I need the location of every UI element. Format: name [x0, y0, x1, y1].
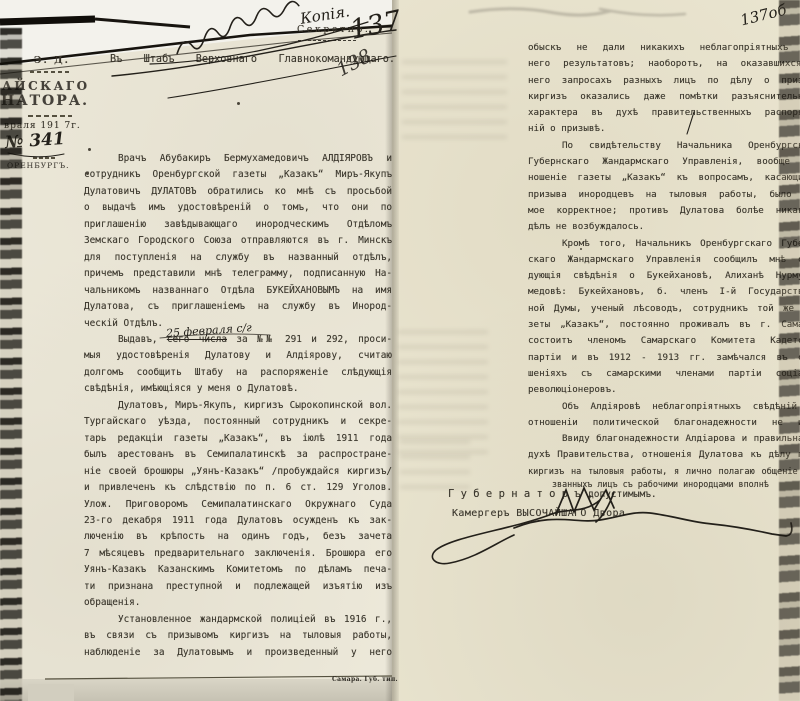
typed-line: былъ арестованъ въ Семипалатинскѣ за рас… [84, 447, 392, 463]
typed-line: Улож. Приговоромъ Семипалатинскаго Окруж… [84, 497, 392, 513]
typed-line: призыва инородцевъ на тыловыя работы, бы… [528, 187, 800, 203]
typed-line: ніе своей брошюры „Уянъ-Казакъ“ /пробужд… [84, 464, 392, 480]
typed-line: революціонеровъ. [528, 382, 800, 398]
right-page-text: обыскъ не дали никакихъ неблагопріятныхъ… [528, 40, 800, 480]
document-scan: Э. Д. АЙСКАГО НАТОРА. враля 191 7г. № 34… [0, 0, 800, 701]
typed-line: Установленное жандармской полиціей въ 19… [84, 612, 392, 628]
governor-title: Г у б е р н а т о р ъ , [448, 488, 593, 500]
typed-line: ти признана преступной и подлежащей изъя… [84, 579, 392, 595]
decision-word: допустимымъ. [588, 489, 657, 500]
typed-line: дующія свѣдѣнія о Букейхановѣ, Алиханѣ Н… [528, 268, 800, 284]
typed-line: Ввиду благонадежности Алдіарова и правил… [528, 431, 800, 447]
typed-line: обращенія. [84, 595, 392, 611]
typed-line: о выдачѣ имъ удостовѣреній о томъ, что о… [84, 200, 392, 216]
typed-line: дѣлъ не возбуждалось. [528, 219, 800, 235]
typed-line: Объ Алдіяровѣ неблагопріятныхъ свѣдѣній … [528, 399, 800, 415]
typed-line: Дулатовъ, Миръ-Якупъ, киргизъ Сырокопинс… [84, 398, 392, 414]
typed-line: киргизъ оказались даже помѣтки разъяснит… [528, 89, 800, 105]
left-page-text: Врачъ Абубакиръ Бермухамедовичъ АЛДІЯРОВ… [84, 151, 392, 661]
letterhead-org-1: АЙСКАГО [2, 79, 90, 93]
typed-line: наблюденіе за Дулатовымъ и произведенный… [84, 645, 392, 661]
typed-line: шеніяхъ съ самарскими членами партіи соц… [528, 366, 800, 382]
typed-line: характера въ духѣ правительственныхъ рас… [528, 105, 800, 121]
typed-line: партіи и въ 1912 - 1913 гг. замѣчался въ… [528, 350, 800, 366]
typed-line: Тургайскаго уѣзда, постоянный сотрудникъ… [84, 414, 392, 430]
typed-line: люченію въ крѣпость на одинъ годъ, безъ … [84, 529, 392, 545]
chamberlain-line: Камергеръ ВЫСОЧАЙШАГО Двора [452, 508, 625, 519]
typed-line: Уянъ-Казакъ Казанскимъ Комитетомъ по дѣл… [84, 562, 392, 578]
letterhead-ornament [33, 157, 57, 159]
typed-line: свѣдѣнія, имѣющіяся у меня о Дулатовѣ. [84, 381, 392, 397]
typed-line: скаго Жандармскаго Управленія сообщилъ м… [528, 252, 800, 268]
letterhead-ornament [30, 71, 70, 73]
typed-line: По свидѣтельству Начальника Оренбургскаг… [528, 138, 800, 154]
typed-line: Врачъ Абубакиръ Бермухамедовичъ АЛДІЯРОВ… [84, 151, 392, 167]
printer-mark: Самара. Губ. тип. [332, 676, 398, 683]
typed-line: отношеніи политической благонадежности н… [528, 415, 800, 431]
letterhead-city: ОРЕНБУРГЪ. [7, 161, 70, 170]
typed-line: тарь редакціи газеты „Казакъ“, въ іюлѣ 1… [84, 431, 392, 447]
typed-line: мыя удостовѣренія Дулатову и Алдіярову, … [84, 348, 392, 364]
typed-line: зеты „Казакъ“, постоянно проживалъ въ г.… [528, 317, 800, 333]
letterhead-ornament [28, 115, 72, 117]
typed-line: Губернскаго Жандармскаго Управленія, воо… [528, 154, 800, 170]
typed-line: 23-го декабря 1911 года Дулатовъ осужден… [84, 513, 392, 529]
ink-speck [86, 172, 89, 175]
scanner-bed-box [28, 684, 74, 701]
ink-speck [88, 148, 91, 151]
bleedthrough-smudge [402, 60, 507, 145]
typed-line: для поступленія на службу въ названный о… [84, 250, 392, 266]
typed-line: приглашенію завѣдывающаго инородческимъ … [84, 217, 392, 233]
typed-line: медовѣ: Букейхановъ, б. членъ I-й Госуда… [528, 284, 800, 300]
typed-line: состоитъ членомъ Самарскаго Комитета Кад… [528, 333, 800, 349]
typed-line: него результатовъ; наоборотъ, на оказавш… [528, 56, 800, 72]
typed-line: 7 мѣсяцевъ предварительнаго заключенія. … [84, 546, 392, 562]
typed-line: ношеніе газеты „Казакъ“ къ вопросамъ, ка… [528, 170, 800, 186]
letterhead-ed: Э. Д. [34, 55, 70, 66]
typed-line: ной Думы, ученый лѣсоводъ, сотрудникъ то… [528, 301, 800, 317]
typed-line: мое корректное; противъ Дулатова болѣе н… [528, 203, 800, 219]
typed-line: Дулатовичъ ДУЛАТОВЪ обратились ко мнѣ съ… [84, 184, 392, 200]
ink-speck [237, 102, 240, 105]
typed-line: Дулатова, съ приглашеніемъ на службу въ … [84, 299, 392, 315]
typed-line: киргизъ на тыловыя работы, я лично полаг… [528, 464, 800, 480]
typed-line: Кромѣ того, Начальникъ Оренбургскаго Губ… [528, 236, 800, 252]
typed-line: въ связи съ призывомъ киргизъ на тыловыя… [84, 628, 392, 644]
registry-number-handwritten: № 341 [4, 129, 65, 153]
typed-line: и привлеченъ къ слѣдствію по п. 6 ст. 12… [84, 480, 392, 496]
typed-line: него запросахъ разныхъ лицъ по дѣлу о пр… [528, 73, 800, 89]
typed-line: духѣ Правительства, отношенія Дулатова к… [528, 447, 800, 463]
typed-line: долгомъ сообщить Штабу на распоряженіе с… [84, 365, 392, 381]
typed-line: чальникомъ названнаго Отдѣла БУКЕЙХАНОВЫ… [84, 283, 392, 299]
letterhead-org-2: НАТОРА. [1, 93, 89, 109]
ink-speck [580, 248, 582, 250]
typed-line: Земскаго Городского Союза отправляются в… [84, 233, 392, 249]
typed-line: ній о призывѣ. [528, 121, 800, 137]
typed-line: причемъ представили мнѣ телеграмму, подп… [84, 266, 392, 282]
secret-underline [298, 40, 356, 41]
typed-line: сотрудникъ Оренбургской газеты „Казакъ“ … [84, 167, 392, 183]
typed-line: обыскъ не дали никакихъ неблагопріятныхъ… [528, 40, 800, 56]
